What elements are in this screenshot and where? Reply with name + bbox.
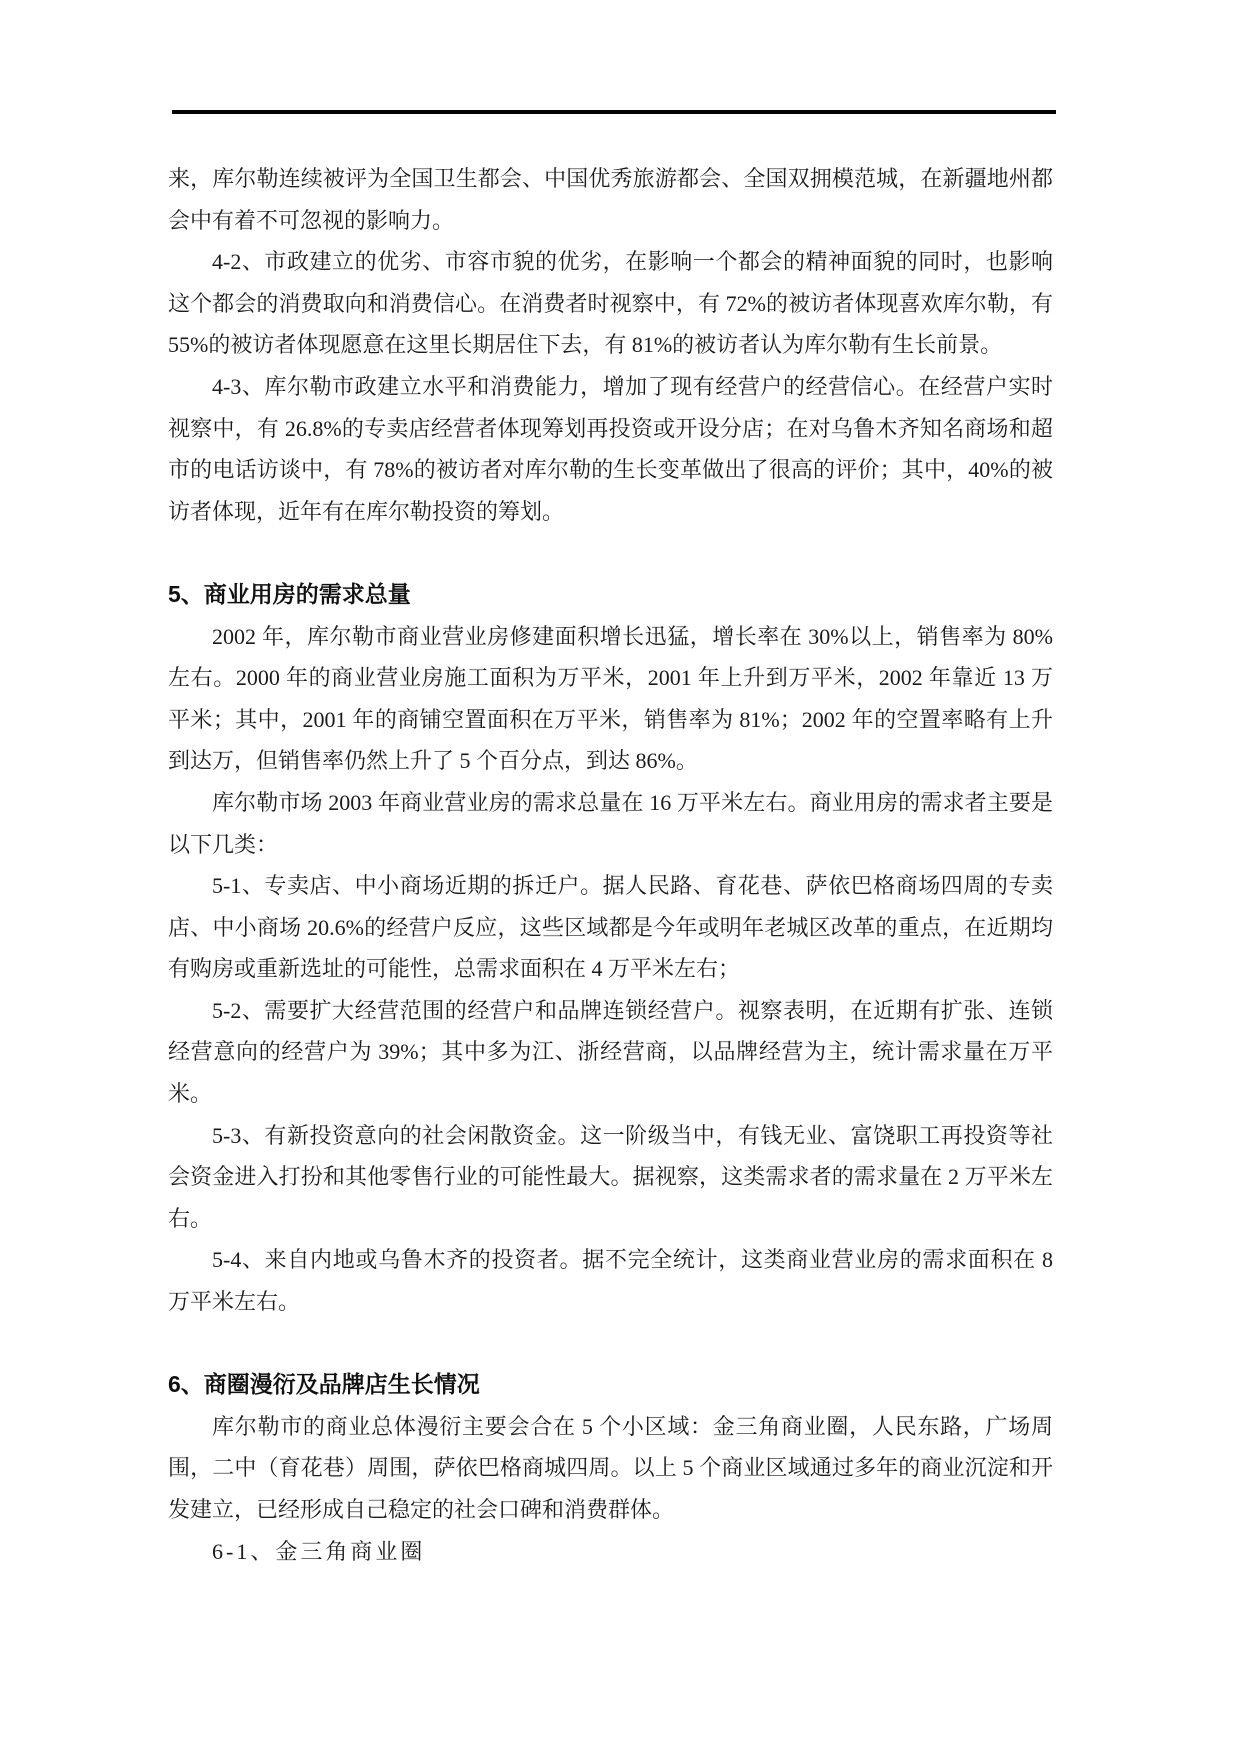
paragraph: 库尔勒市场 2003 年商业营业房的需求总量在 16 万平米左右。商业用房的需求… — [168, 782, 1053, 865]
document-body: 来，库尔勒连续被评为全国卫生都会、中国优秀旅游都会、全国双拥模范城，在新疆地州都… — [168, 158, 1053, 1572]
section-heading: 5、商业用房的需求总量 — [168, 574, 1053, 616]
section-heading: 6、商圈漫衍及品牌店生长情况 — [168, 1364, 1053, 1406]
paragraph: 库尔勒市的商业总体漫衍主要会合在 5 个小区域：金三角商业圈，人民东路，广场周围… — [168, 1406, 1053, 1531]
paragraph: 5-1、专卖店、中小商场近期的拆迁户。据人民路、育花巷、萨依巴格商场四周的专卖店… — [168, 865, 1053, 990]
paragraph: 5-3、有新投资意向的社会闲散资金。这一阶级当中，有钱无业、富饶职工再投资等社会… — [168, 1115, 1053, 1240]
paragraph: 4-3、库尔勒市政建立水平和消费能力，增加了现有经营户的经营信心。在经营户实时视… — [168, 366, 1053, 532]
paragraph: 2002 年，库尔勒市商业营业房修建面积增长迅猛，增长率在 30%以上，销售率为… — [168, 616, 1053, 782]
paragraph: 来，库尔勒连续被评为全国卫生都会、中国优秀旅游都会、全国双拥模范城，在新疆地州都… — [168, 158, 1053, 241]
paragraph: 5-2、需要扩大经营范围的经营户和品牌连锁经营户。视察表明，在近期有扩张、连锁经… — [168, 990, 1053, 1115]
paragraph: 5-4、来自内地或乌鲁木齐的投资者。据不完全统计，这类商业营业房的需求面积在 8… — [168, 1239, 1053, 1322]
subsection-heading: 6-1、金三角商业圈 — [168, 1531, 1053, 1573]
document-page: 来，库尔勒连续被评为全国卫生都会、中国优秀旅游都会、全国双拥模范城，在新疆地州都… — [0, 0, 1241, 1754]
paragraph: 4-2、市政建立的优劣、市容市貌的优劣，在影响一个都会的精神面貌的同时，也影响这… — [168, 241, 1053, 366]
header-rule — [172, 110, 1056, 114]
